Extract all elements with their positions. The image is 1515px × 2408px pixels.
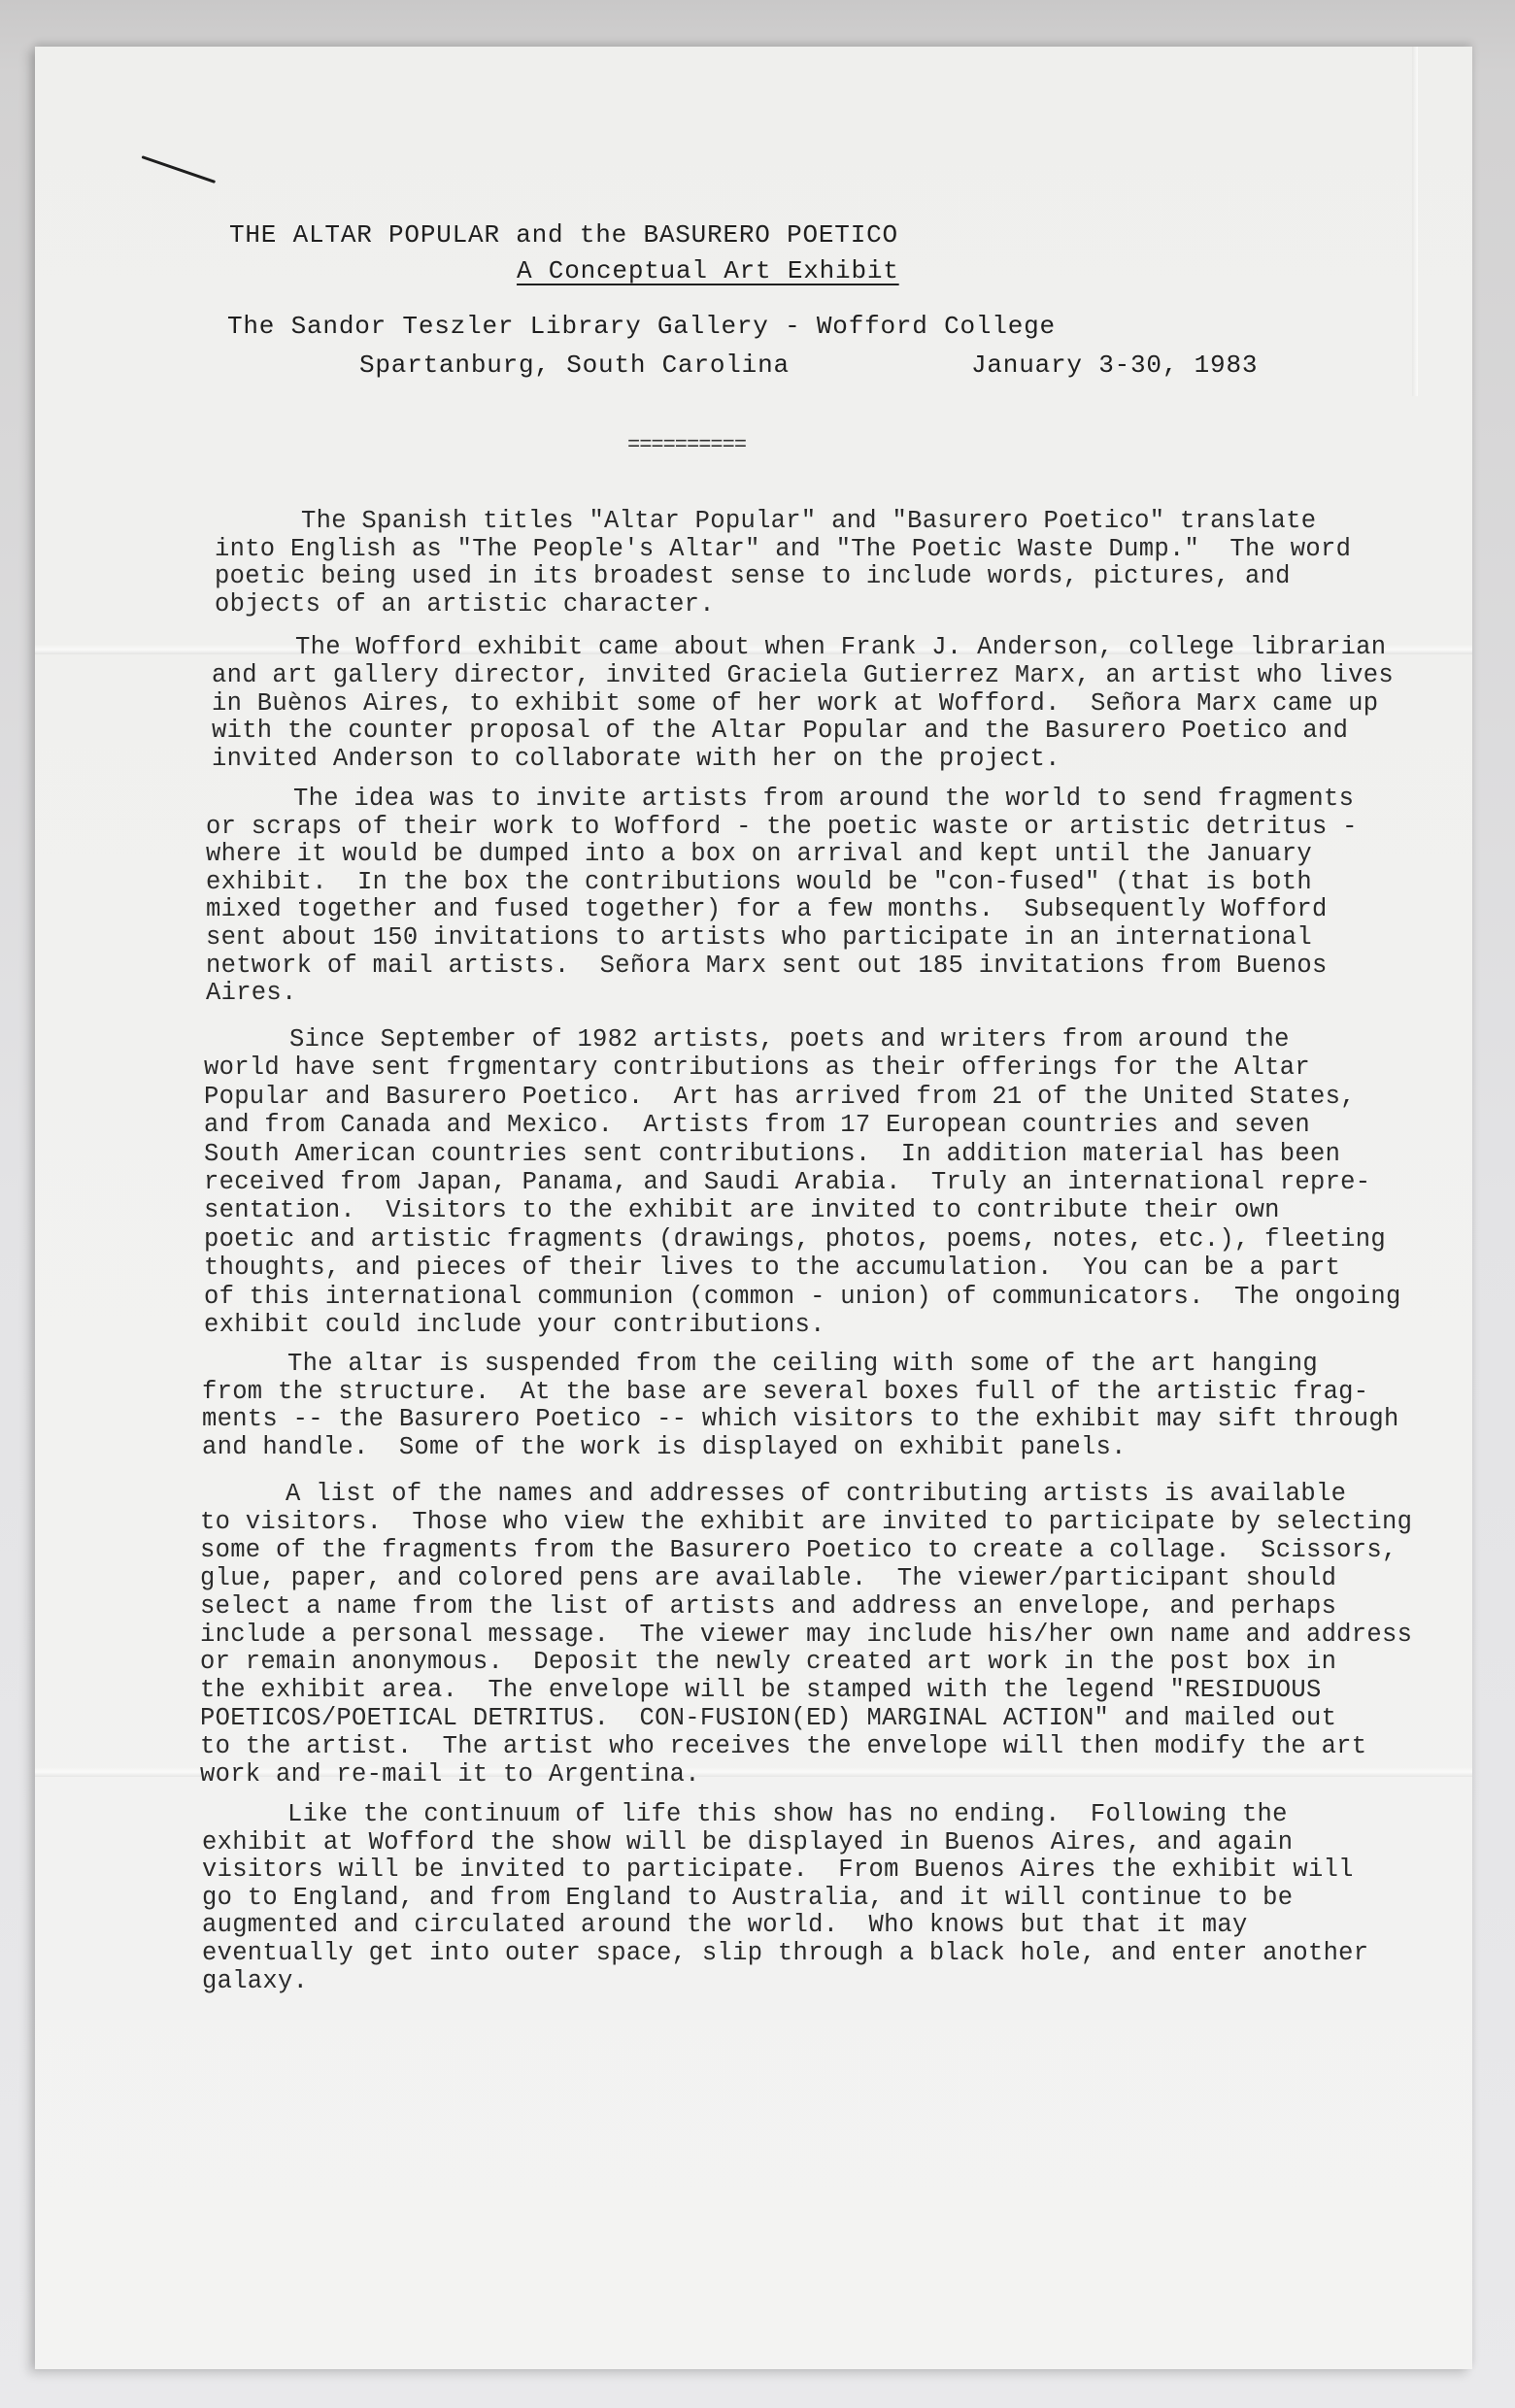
paragraph-line: augmented and circulated around the worl… <box>202 1913 1248 1938</box>
paragraph-line: in Buènos Aires, to exhibit some of her … <box>212 691 1378 717</box>
paragraph-line: thoughts, and pieces of their lives to t… <box>204 1255 1340 1281</box>
paragraph-line: South American countries sent contributi… <box>204 1142 1340 1167</box>
paragraph-first-line: Like the continuum of life this show has… <box>287 1802 1288 1827</box>
paragraph-first-line: The Spanish titles "Altar Popular" and "… <box>301 509 1316 534</box>
document-title: THE ALTAR POPULAR and the BASURERO POETI… <box>229 222 898 248</box>
location-line: Spartanburg, South Carolina <box>359 352 790 378</box>
paragraph-line: poetic being used in its broadest sense … <box>215 564 1291 589</box>
paragraph-line: sent about 150 invitations to artists wh… <box>206 925 1312 951</box>
paragraph-line: work and re-mail it to Argentina. <box>200 1762 700 1788</box>
paragraph-line: objects of an artistic character. <box>215 592 715 618</box>
paragraph-line: and handle. Some of the work is displaye… <box>202 1435 1127 1460</box>
paragraph-line: from the structure. At the base are seve… <box>202 1380 1368 1405</box>
paragraph-line: eventually get into outer space, slip th… <box>202 1941 1368 1966</box>
paragraph-line: the exhibit area. The envelope will be s… <box>200 1678 1322 1703</box>
paragraph-line: and art gallery director, invited Gracie… <box>212 663 1394 688</box>
paragraph-line: exhibit could include your contributions… <box>204 1313 825 1338</box>
paragraph-line: Aires. <box>206 981 297 1006</box>
paragraph-line: to visitors. Those who view the exhibit … <box>200 1510 1412 1535</box>
paragraph-first-line: The Wofford exhibit came about when Fran… <box>295 635 1386 660</box>
paragraph-line: mixed together and fused together) for a… <box>206 897 1328 922</box>
paragraph-line: exhibit. In the box the contributions wo… <box>206 870 1312 895</box>
paragraph-line: world have sent frgmentary contributions… <box>204 1055 1310 1081</box>
paragraph-line: POETICOS/POETICAL DETRITUS. CON-FUSION(E… <box>200 1706 1336 1731</box>
paragraph-line: Popular and Basurero Poetico. Art has ar… <box>204 1085 1356 1110</box>
paragraph-line: go to England, and from England to Austr… <box>202 1886 1293 1911</box>
paragraph-line: invited Anderson to collaborate with her… <box>212 747 1060 772</box>
paper-crease <box>1412 47 1418 396</box>
paragraph-line: received from Japan, Panama, and Saudi A… <box>204 1170 1370 1195</box>
paragraph-line: some of the fragments from the Basurero … <box>200 1538 1397 1563</box>
paragraph-first-line: The idea was to invite artists from arou… <box>293 786 1354 812</box>
paragraph-line: network of mail artists. Señora Marx sen… <box>206 953 1328 979</box>
paragraph-line: include a personal message. The viewer m… <box>200 1622 1412 1648</box>
exhibit-dates: January 3-30, 1983 <box>971 352 1258 378</box>
paragraph-line: glue, paper, and colored pens are availa… <box>200 1566 1336 1591</box>
paragraph-line: or remain anonymous. Deposit the newly c… <box>200 1650 1336 1675</box>
paragraph-line: with the counter proposal of the Altar P… <box>212 719 1348 744</box>
paragraph-line: galaxy. <box>202 1969 308 1994</box>
paragraph-first-line: A list of the names and addresses of con… <box>286 1482 1346 1507</box>
paragraph-line: where it would be dumped into a box on a… <box>206 842 1312 867</box>
paragraph-line: select a name from the list of artists a… <box>200 1594 1336 1620</box>
paragraph-line: to the artist. The artist who receives t… <box>200 1734 1366 1759</box>
paragraph-line: exhibit at Wofford the show will be disp… <box>202 1830 1293 1856</box>
paragraph-line: visitors will be invited to participate.… <box>202 1857 1354 1883</box>
section-divider: ========== <box>627 435 746 456</box>
paragraph-line: of this international communion (common … <box>204 1285 1401 1310</box>
paragraph-line: and from Canada and Mexico. Artists from… <box>204 1113 1310 1138</box>
paragraph-first-line: Since September of 1982 artists, poets a… <box>289 1027 1290 1053</box>
paragraph-line: ments -- the Basurero Poetico -- which v… <box>202 1407 1399 1432</box>
paragraph-line: sentation. Visitors to the exhibit are i… <box>204 1198 1280 1223</box>
paragraph-line: poetic and artistic fragments (drawings,… <box>204 1227 1386 1253</box>
document-subtitle: A Conceptual Art Exhibit <box>517 258 899 284</box>
paragraph-first-line: The altar is suspended from the ceiling … <box>287 1352 1318 1377</box>
paragraph-line: into English as "The People's Altar" and… <box>215 537 1351 562</box>
venue-line: The Sandor Teszler Library Gallery - Wof… <box>227 314 1056 339</box>
paragraph-line: or scraps of their work to Wofford - the… <box>206 815 1358 840</box>
pen-mark <box>142 155 217 184</box>
